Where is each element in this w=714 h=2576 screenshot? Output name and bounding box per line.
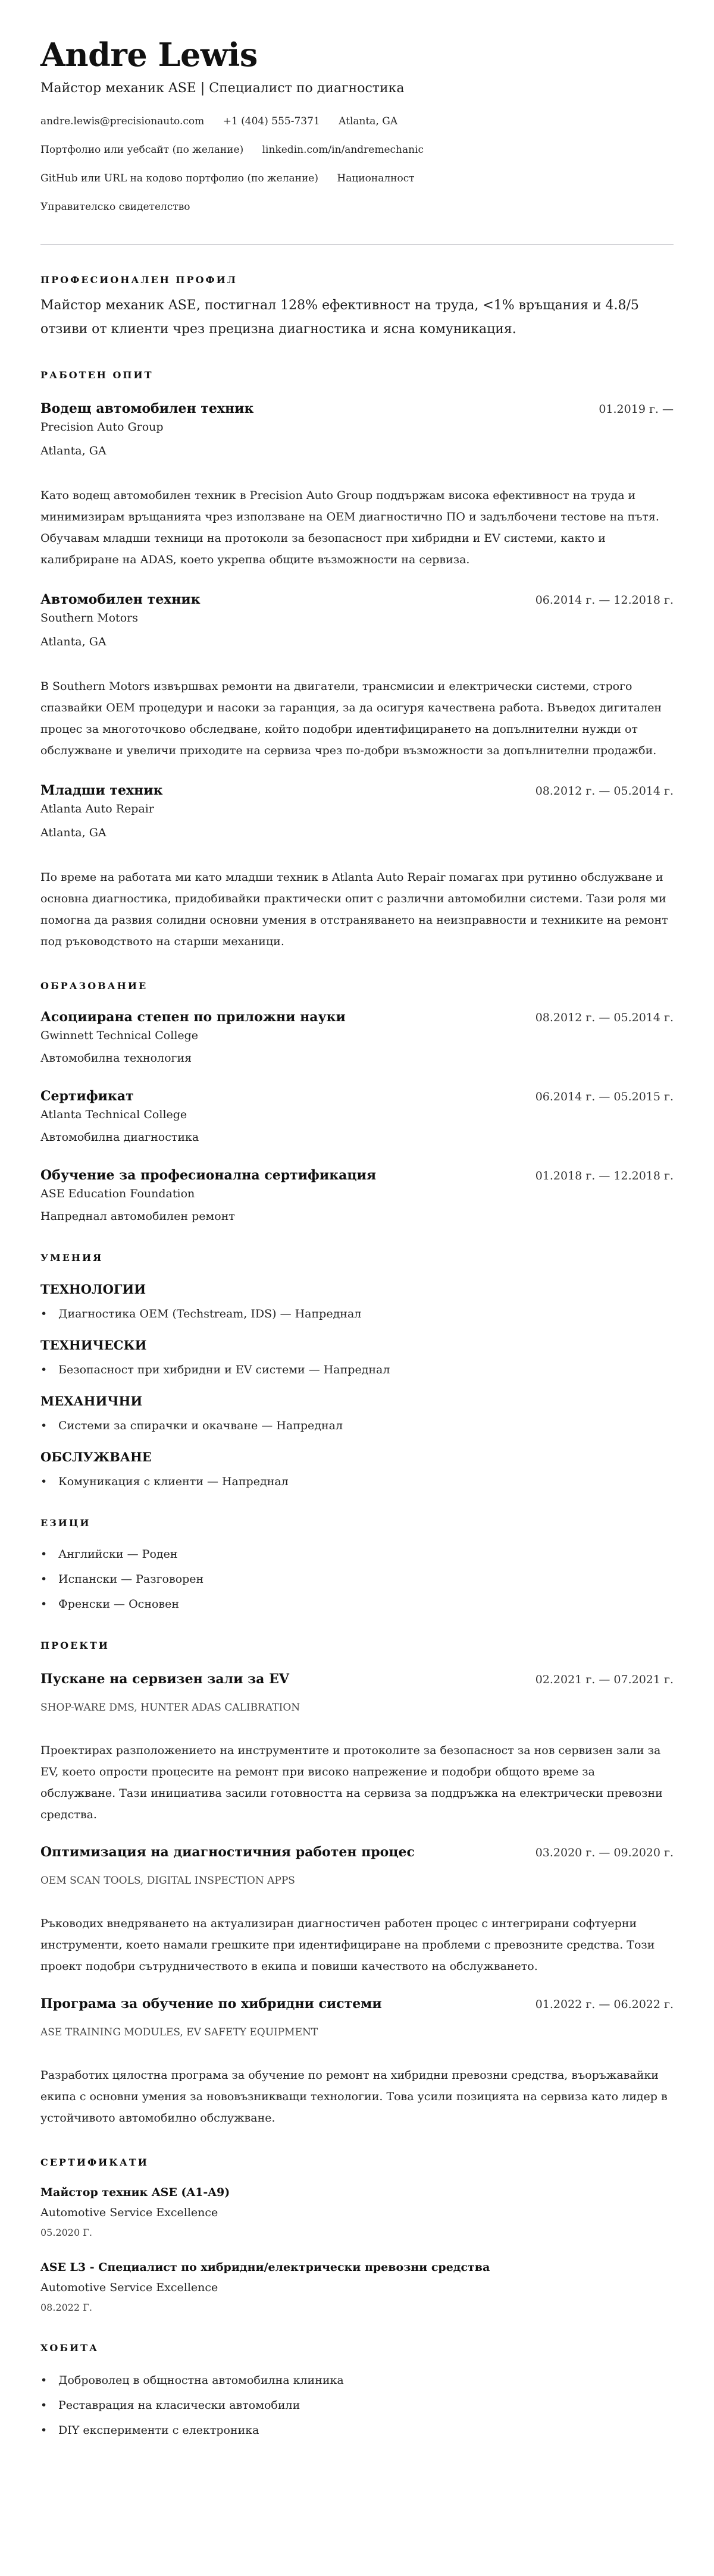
experience-entry: Младши техник08.2012 г. — 05.2014 г.Atla… [40,782,674,952]
education-dates: 08.2012 г. — 05.2014 г. [535,1009,674,1027]
github-link[interactable]: GitHub или URL на кодово портфолио (по ж… [40,172,318,184]
cert-issuer: Automotive Service Excellence [40,2280,674,2295]
hobbies-section: ХОБИТА Доброволец в общностна автомобилн… [40,2342,674,2438]
section-heading: РАБОТЕН ОПИТ [40,369,674,382]
job-title: Водещ автомобилен техник [40,400,253,418]
certification-entry: ASE L3 - Специалист по хибридни/електрич… [40,2260,674,2314]
project-dates: 01.2022 г. — 06.2022 г. [535,1995,674,2013]
skill-list: Диагностика OEM (Techstream, IDS) — Напр… [40,1306,674,1322]
cert-issuer: Automotive Service Excellence [40,2205,674,2220]
project-entry: Пускане на сервизен зали за EV02.2021 г.… [40,1670,674,1825]
entry-header: Младши техник08.2012 г. — 05.2014 г. [40,782,674,800]
skill-category: ТЕХНИЧЕСКИ [40,1337,674,1354]
section-heading: ОБРАЗОВАНИЕ [40,980,674,993]
project-description: Проектирах разположението на инструменти… [40,1740,674,1825]
cert-title: ASE L3 - Специалист по хибридни/електрич… [40,2260,674,2275]
certification-entry: Майстор техник ASE (A1-A9)Automotive Ser… [40,2185,674,2239]
job-description: По време на работата ми като младши техн… [40,867,674,952]
education-entry: Обучение за професионална сертификация01… [40,1166,674,1224]
job-title: Младши техник [40,782,162,799]
skill-category: ОБСЛУЖВАНЕ [40,1449,674,1466]
project-tech: SHOP-WARE DMS, HUNTER ADAS CALIBRATION [40,1700,674,1715]
hobby-item: Реставрация на класически автомобили [40,2398,674,2413]
portfolio-link[interactable]: Портфолио или уебсайт (по желание) [40,144,243,156]
education-section: ОБРАЗОВАНИЕ Асоциирана степен по приложн… [40,980,674,1224]
resume-page: Andre Lewis Майстор механик ASE | Специа… [0,0,714,2486]
hobbies-list: Доброволец в общностна автомобилна клини… [40,2373,674,2438]
languages-list: Английски — РоденИспански — РазговоренФр… [40,1546,674,1612]
project-title: Програма за обучение по хибридни системи [40,1995,382,2013]
section-heading: ПРОФЕСИОНАЛЕН ПРОФИЛ [40,274,674,287]
contact-row: Управителско свидетелство [40,200,674,214]
skill-list: Безопасност при хибридни и EV системи — … [40,1362,674,1378]
entry-header: Оптимизация на диагностичния работен про… [40,1843,674,1862]
language-item: Испански — Разговорен [40,1571,674,1587]
cert-date: 05.2020 Г. [40,2226,674,2239]
field-of-study: Автомобилна диагностика [40,1129,674,1145]
degree-title: Сертификат [40,1087,134,1105]
field-of-study: Автомобилна технология [40,1050,674,1066]
skill-item: Диагностика OEM (Techstream, IDS) — Напр… [40,1306,674,1322]
project-description: Ръководих внедряването на актуализиран д… [40,1913,674,1977]
languages-section: ЕЗИЦИ Английски — РоденИспански — Разгов… [40,1517,674,1612]
project-dates: 02.2021 г. — 07.2021 г. [535,1671,674,1689]
project-title: Пускане на сервизен зали за EV [40,1670,289,1688]
license-text: Управителско свидетелство [40,201,190,213]
skill-item: Безопасност при хибридни и EV системи — … [40,1362,674,1378]
company-name: Southern Motors [40,610,674,626]
experience-entry: Водещ автомобилен техник01.2019 г. —Prec… [40,400,674,570]
header-divider [40,244,674,245]
project-entry: Оптимизация на диагностичния работен про… [40,1843,674,1977]
education-dates: 06.2014 г. — 05.2015 г. [535,1088,674,1106]
project-entry: Програма за обучение по хибридни системи… [40,1995,674,2129]
skill-category: ТЕХНОЛОГИИ [40,1281,674,1298]
section-heading: ПРОЕКТИ [40,1639,674,1652]
education-entry: Асоциирана степен по приложни науки08.20… [40,1008,674,1066]
skill-item: Системи за спирачки и окачване — Напредн… [40,1418,674,1433]
skills-section: УМЕНИЯ ТЕХНОЛОГИИДиагностика OEM (Techst… [40,1251,674,1489]
section-heading: СЕРТИФИКАТИ [40,2156,674,2169]
entry-header: Автомобилен техник06.2014 г. — 12.2018 г… [40,591,674,609]
company-name: Atlanta Auto Repair [40,801,674,817]
candidate-name: Andre Lewis [40,36,674,74]
section-heading: ЕЗИЦИ [40,1517,674,1530]
candidate-title: Майстор механик ASE | Специалист по диаг… [40,80,674,98]
job-dates: 08.2012 г. — 05.2014 г. [535,782,674,800]
entry-header: Програма за обучение по хибридни системи… [40,1995,674,2013]
project-title: Оптимизация на диагностичния работен про… [40,1843,415,1861]
contact-row: Портфолио или уебсайт (по желание) linke… [40,143,674,157]
cert-title: Майстор техник ASE (A1-A9) [40,2185,674,2200]
experience-section: РАБОТЕН ОПИТ Водещ автомобилен техник01.… [40,369,674,952]
skill-item: Комуникация с клиенти — Напреднал [40,1474,674,1489]
job-dates: 01.2019 г. — [599,400,674,418]
entry-header: Асоциирана степен по приложни науки08.20… [40,1008,674,1027]
project-tech: OEM SCAN TOOLS, DIGITAL INSPECTION APPS [40,1874,674,1888]
summary-text: Майстор механик ASE, постигнал 128% ефек… [40,294,674,341]
skill-category: МЕХАНИЧНИ [40,1393,674,1410]
hobby-item: DIY експерименти с електроника [40,2423,674,2438]
job-location: Atlanta, GA [40,825,674,840]
certifications-section: СЕРТИФИКАТИ Майстор техник ASE (A1-A9)Au… [40,2156,674,2314]
degree-title: Обучение за професионална сертификация [40,1166,376,1184]
project-tech: ASE TRAINING MODULES, EV SAFETY EQUIPMEN… [40,2025,674,2040]
skill-list: Системи за спирачки и окачване — Напредн… [40,1418,674,1433]
job-location: Atlanta, GA [40,634,674,650]
entry-header: Обучение за професионална сертификация01… [40,1166,674,1185]
entry-header: Водещ автомобилен техник01.2019 г. — [40,400,674,418]
field-of-study: Напреднал автомобилен ремонт [40,1209,674,1224]
job-description: Като водещ автомобилен техник в Precisio… [40,485,674,570]
school-name: Atlanta Technical College [40,1107,674,1122]
contact-row: andre.lewis@precisionauto.com +1 (404) 5… [40,114,674,128]
school-name: Gwinnett Technical College [40,1028,674,1043]
entry-header: Сертификат06.2014 г. — 05.2015 г. [40,1087,674,1106]
skill-list: Комуникация с клиенти — Напреднал [40,1474,674,1489]
job-description: В Southern Motors извършвах ремонти на д… [40,676,674,761]
experience-entry: Автомобилен техник06.2014 г. — 12.2018 г… [40,591,674,761]
job-dates: 06.2014 г. — 12.2018 г. [535,591,674,609]
phone-link[interactable]: +1 (404) 555-7371 [223,115,320,127]
contact-row: GitHub или URL на кодово портфолио (по ж… [40,171,674,186]
company-name: Precision Auto Group [40,419,674,435]
degree-title: Асоциирана степен по приложни науки [40,1008,346,1026]
job-location: Atlanta, GA [40,443,674,459]
cert-date: 08.2022 Г. [40,2301,674,2314]
nationality-text: Националност [337,172,414,184]
language-item: Френски — Основен [40,1596,674,1612]
education-dates: 01.2018 г. — 12.2018 г. [535,1167,674,1185]
school-name: ASE Education Foundation [40,1186,674,1201]
section-heading: ХОБИТА [40,2342,674,2355]
project-dates: 03.2020 г. — 09.2020 г. [535,1844,674,1862]
language-item: Английски — Роден [40,1546,674,1562]
education-entry: Сертификат06.2014 г. — 05.2015 г.Atlanta… [40,1087,674,1145]
resume-header: Andre Lewis Майстор механик ASE | Специа… [40,36,674,214]
entry-header: Пускане на сервизен зали за EV02.2021 г.… [40,1670,674,1689]
project-description: Разработих цялостна програма за обучение… [40,2064,674,2129]
summary-section: ПРОФЕСИОНАЛЕН ПРОФИЛ Майстор механик ASE… [40,274,674,341]
projects-section: ПРОЕКТИ Пускане на сервизен зали за EV02… [40,1639,674,2129]
section-heading: УМЕНИЯ [40,1251,674,1265]
location-text: Atlanta, GA [339,115,397,127]
hobby-item: Доброволец в общностна автомобилна клини… [40,2373,674,2388]
job-title: Автомобилен техник [40,591,201,608]
email-link[interactable]: andre.lewis@precisionauto.com [40,115,204,127]
linkedin-link[interactable]: linkedin.com/in/andremechanic [262,144,424,156]
